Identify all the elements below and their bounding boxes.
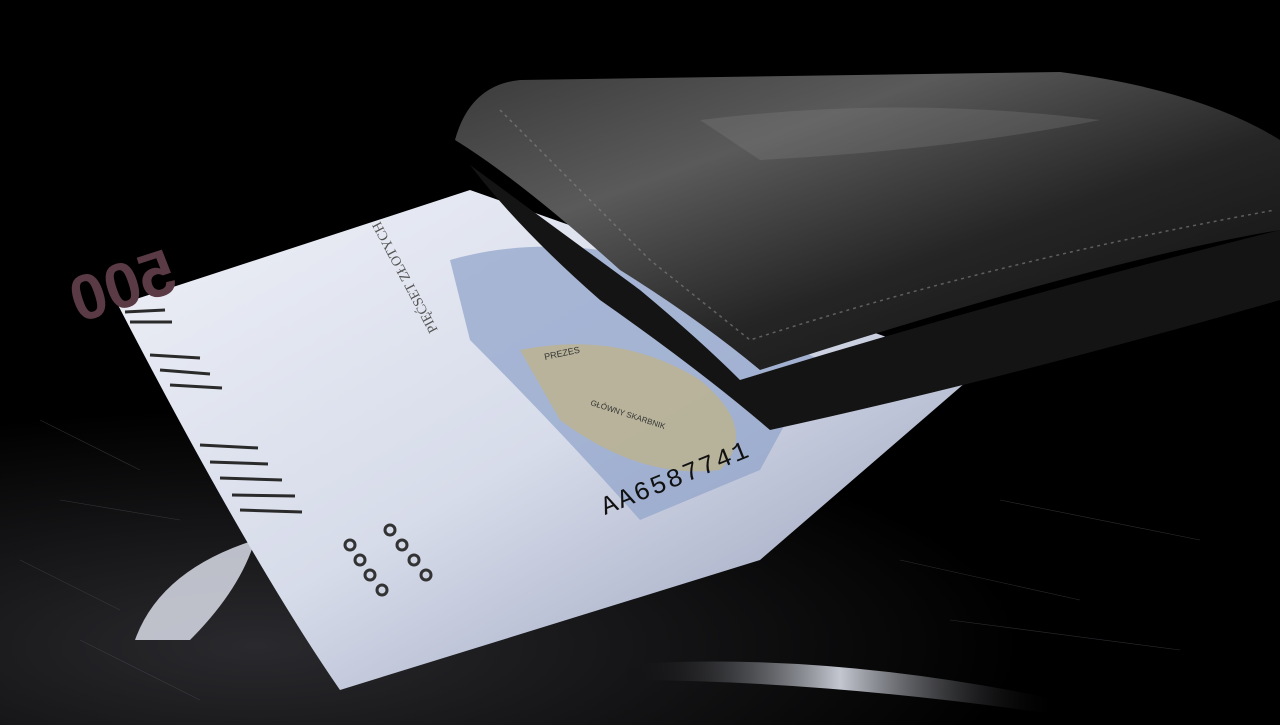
photo-scene: 500 PIĘĆSET ZŁOTYCH PREZES GŁÓWNY SKARBN… xyxy=(0,0,1280,725)
